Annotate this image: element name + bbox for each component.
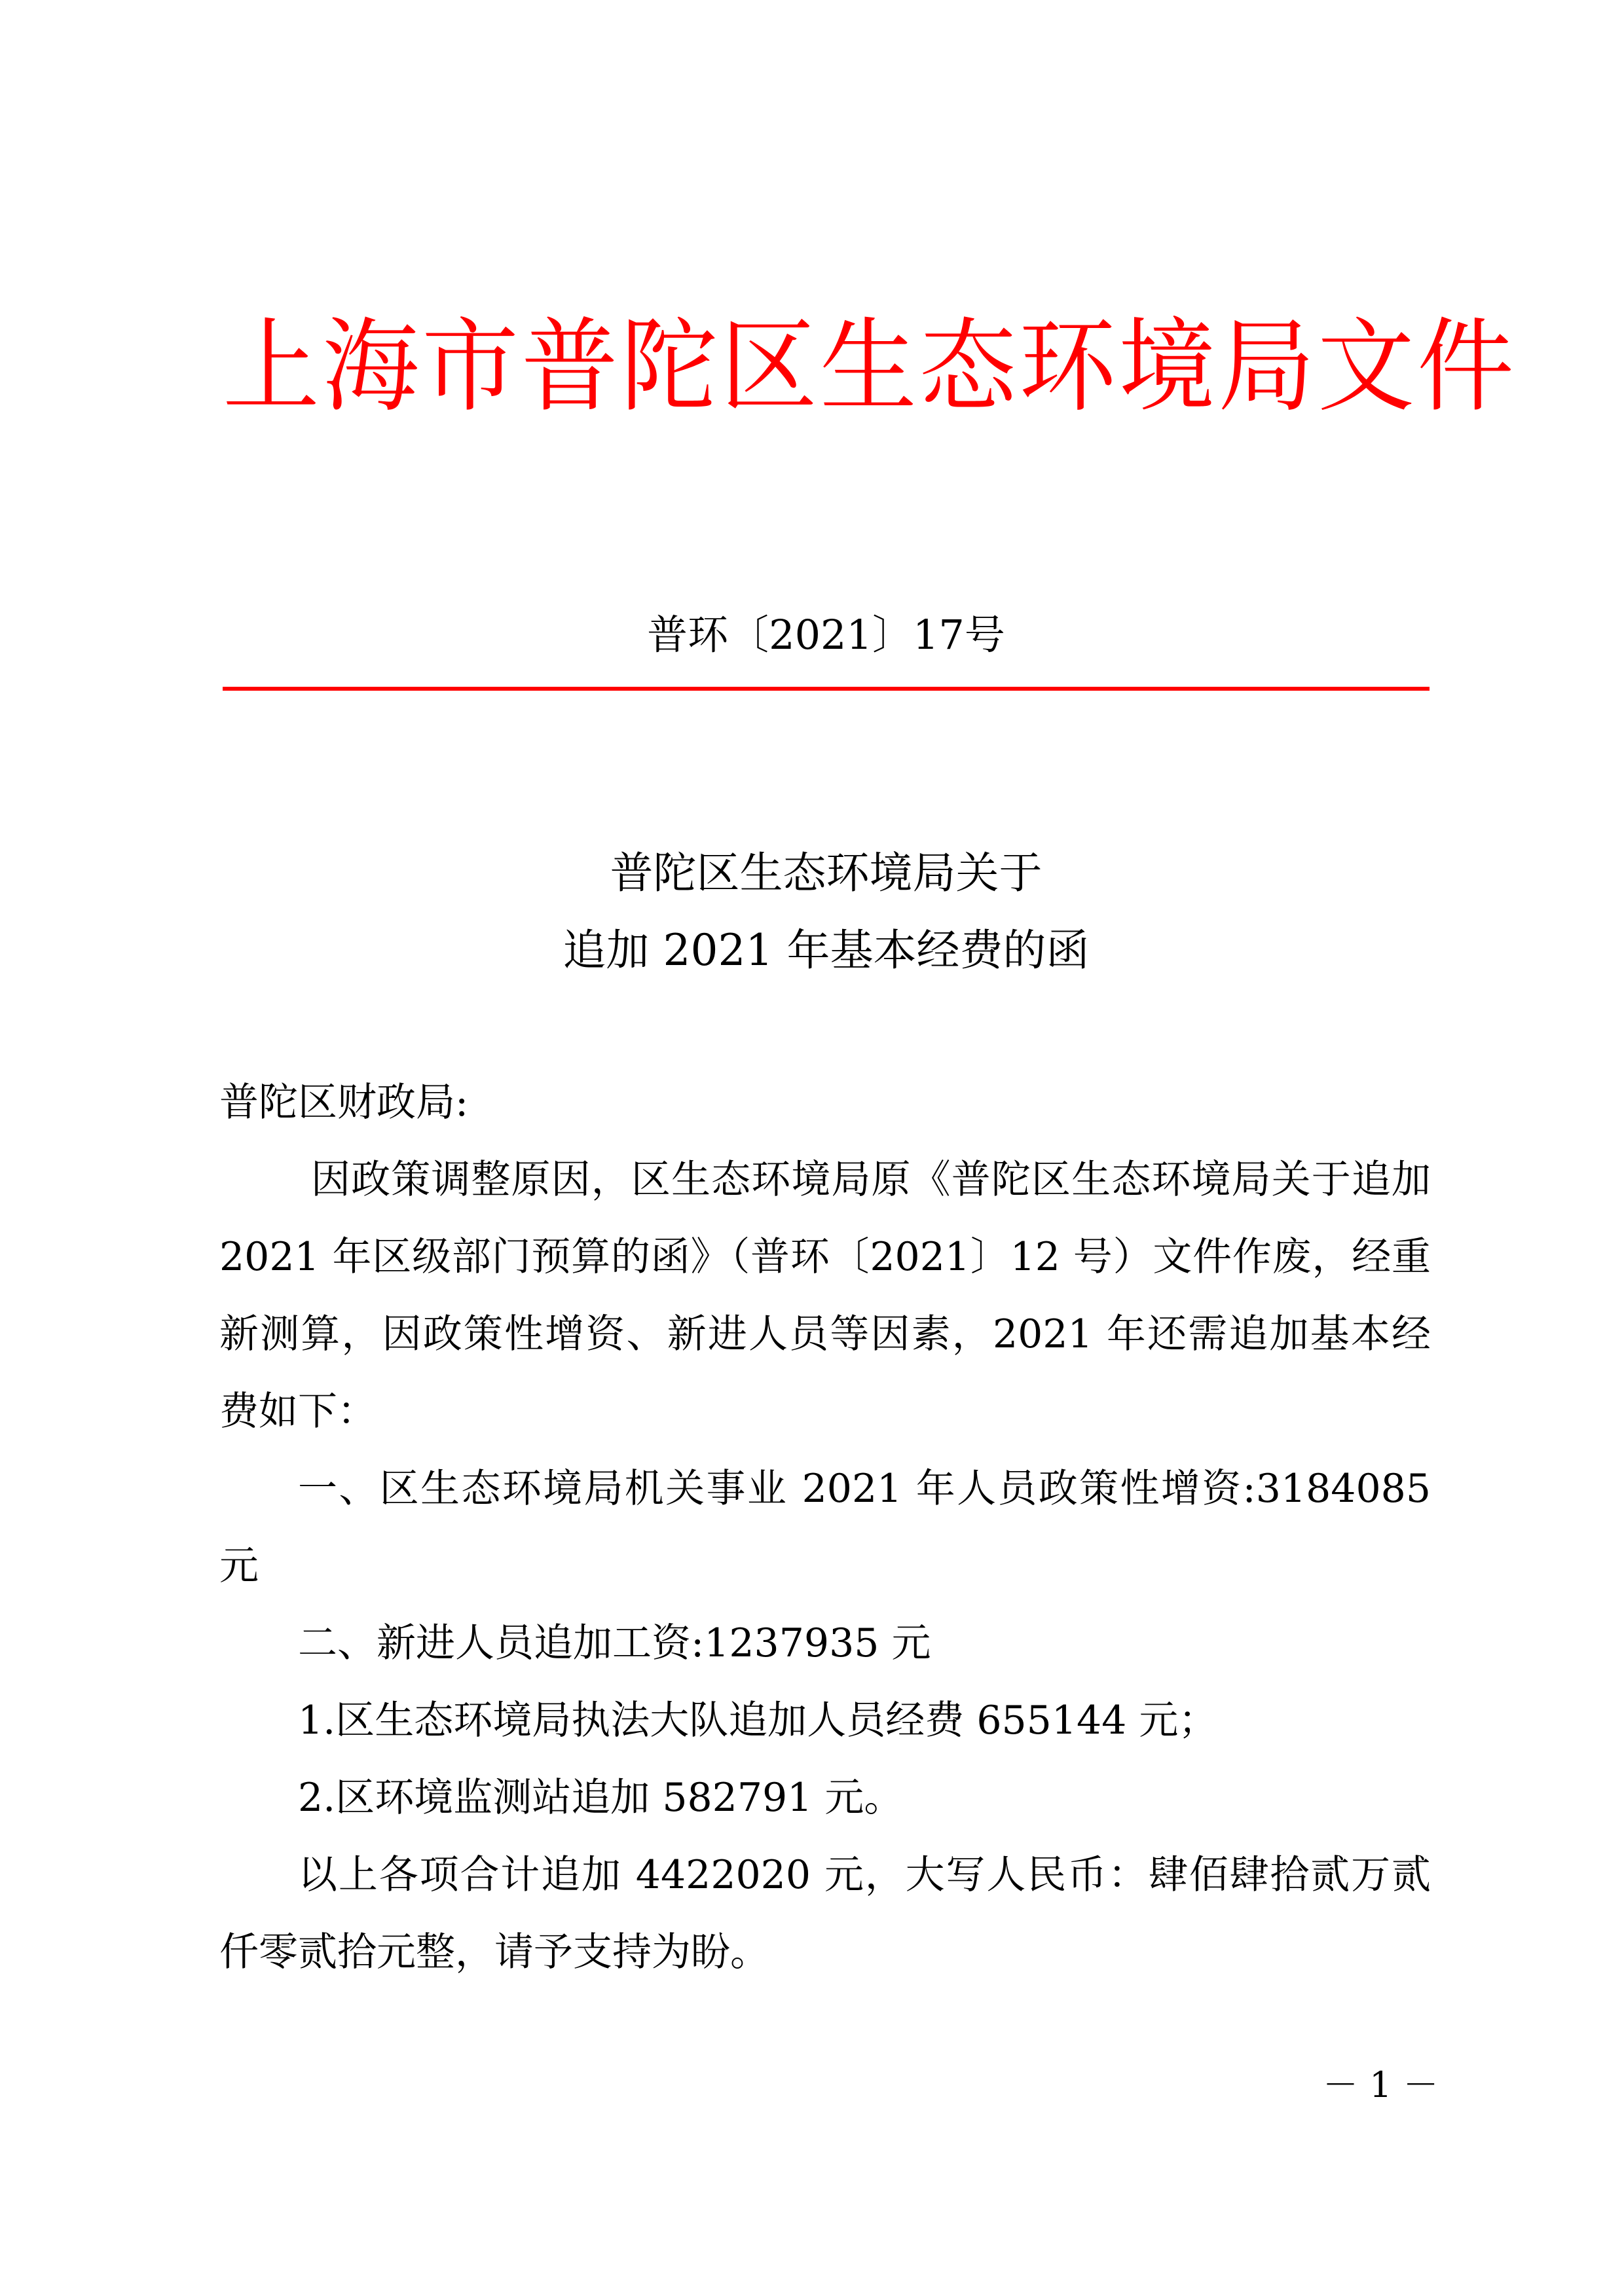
page-number: － 1 － xyxy=(1323,2062,1439,2108)
body-paragraph: 2.区环境监测站追加 582791 元。 xyxy=(219,1759,1431,1836)
recipient: 普陀区财政局: xyxy=(219,1064,1431,1141)
document-title: 普陀区生态环境局关于 追加 2021 年基本经费的函 xyxy=(223,835,1430,989)
title-line-1: 普陀区生态环境局关于 xyxy=(223,835,1430,912)
body-paragraph: 二、新进人员追加工资:1237935 元 xyxy=(219,1605,1431,1682)
red-divider-line xyxy=(223,687,1430,691)
title-line-2: 追加 2021 年基本经费的函 xyxy=(223,912,1430,989)
document-body: 普陀区财政局: 因政策调整原因，区生态环境局原《普陀区生态环境局关于追加 202… xyxy=(219,1064,1431,1991)
document-page: 上海市普陀区生态环境局文件 普环〔2021〕17号 普陀区生态环境局关于 追加 … xyxy=(0,0,1624,2296)
body-paragraph: 1.区生态环境局执法大队追加人员经费 655144 元； xyxy=(219,1682,1431,1759)
body-paragraph: 因政策调整原因，区生态环境局原《普陀区生态环境局关于追加 2021 年区级部门预… xyxy=(219,1141,1431,1450)
body-paragraph: 一、区生态环境局机关事业 2021 年人员政策性增资:3184085 元 xyxy=(219,1450,1431,1605)
body-paragraph: 以上各项合计追加 4422020 元，大写人民币：肆佰肆拾贰万贰仟零贰拾元整，请… xyxy=(219,1836,1431,1991)
document-number: 普环〔2021〕17号 xyxy=(223,609,1430,661)
masthead-title: 上海市普陀区生态环境局文件 xyxy=(223,305,1430,429)
